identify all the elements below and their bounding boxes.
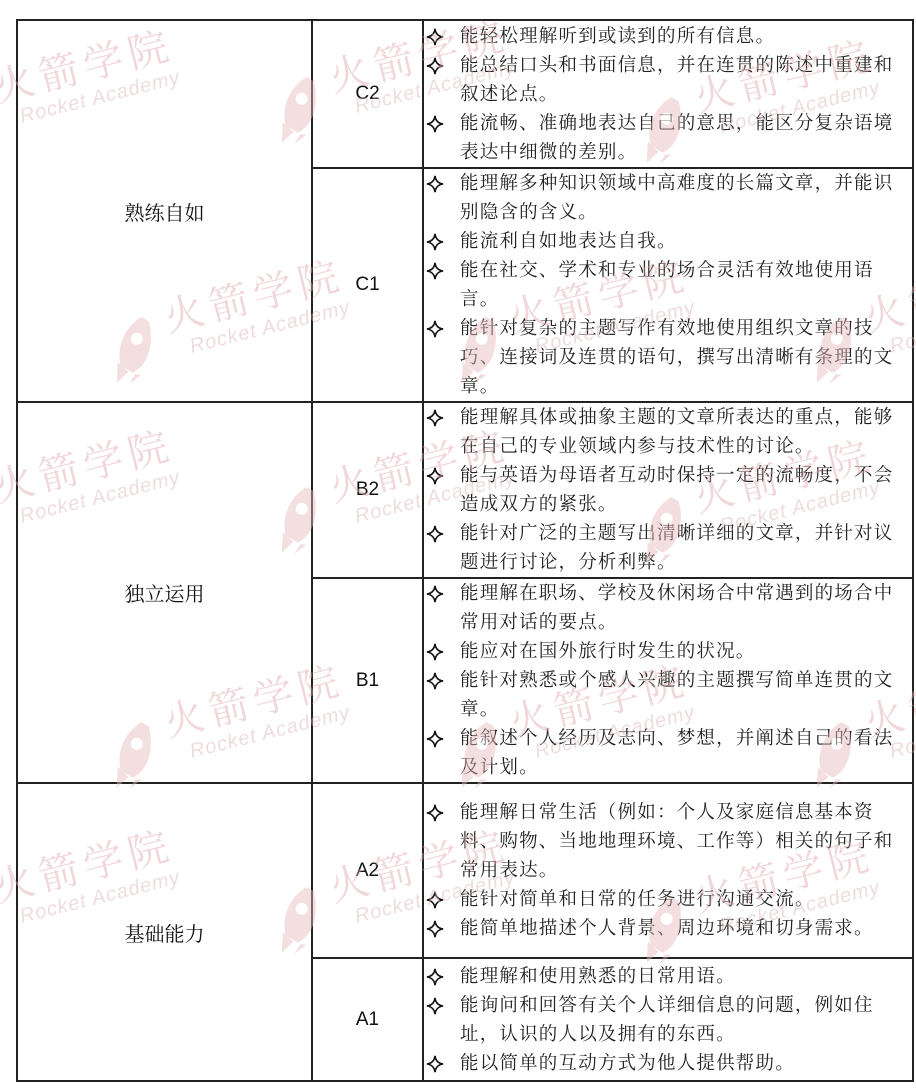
star-bullet-icon — [426, 585, 444, 603]
level-cell-c1: C1 — [312, 168, 423, 402]
descriptor-item: 能理解日常生活（例如：个人及家庭信息基本资料、购物、当地地理环境、工作等）相关的… — [424, 798, 912, 885]
star-bullet-icon — [426, 175, 444, 193]
descriptor-item: 能针对简单和日常的任务进行沟通交流。 — [424, 885, 912, 914]
description-cell-b1: 能理解在职场、学校及休闲场合中常遇到的场合中常用对话的要点。 能应对在国外旅行时… — [423, 578, 913, 783]
description-cell-b2: 能理解具体或抽象主题的文章所表达的重点，能够在自己的专业领域内参与技术性的讨论。… — [423, 402, 913, 578]
star-bullet-icon — [426, 409, 444, 427]
level-label: B2 — [356, 479, 379, 500]
star-bullet-icon — [426, 1055, 444, 1073]
descriptor-item: 能理解具体或抽象主题的文章所表达的重点，能够在自己的专业领域内参与技术性的讨论。 — [424, 403, 912, 461]
star-bullet-icon — [426, 233, 444, 251]
descriptor-list: 能轻松理解听到或读到的所有信息。 能总结口头和书面信息，并在连贯的陈述中重建和叙… — [424, 22, 912, 167]
star-bullet-icon — [426, 115, 444, 133]
star-bullet-icon — [426, 920, 444, 938]
table-row-b2: 独立运用 B2 能理解具体或抽象主题的文章所表达的重点，能够在自己的专业领域内参… — [17, 402, 913, 578]
description-cell-c2: 能轻松理解听到或读到的所有信息。 能总结口头和书面信息，并在连贯的陈述中重建和叙… — [423, 20, 913, 168]
level-label: A1 — [356, 1009, 379, 1030]
descriptor-item: 能针对复杂的主题写作有效地使用组织文章的技巧、连接词及连贯的语句，撰写出清晰有条… — [424, 314, 912, 401]
description-cell-c1: 能理解多种知识领域中高难度的长篇文章，并能识别隐含的含义。 能流利自如地表达自我… — [423, 168, 913, 402]
star-bullet-icon — [426, 968, 444, 986]
description-cell-a2: 能理解日常生活（例如：个人及家庭信息基本资料、购物、当地地理环境、工作等）相关的… — [423, 783, 913, 958]
descriptor-item: 能在社交、学术和专业的场合灵活有效地使用语言。 — [424, 256, 912, 314]
level-cell-b2: B2 — [312, 402, 423, 578]
level-cell-a2: A2 — [312, 783, 423, 958]
cefr-level-table: 熟练自如 C2 能轻松理解听到或读到的所有信息。 能总结口头和书面信息，并在连贯… — [16, 19, 914, 1082]
descriptor-item: 能理解和使用熟悉的日常用语。 — [424, 962, 912, 991]
descriptor-item: 能以简单的互动方式为他人提供帮助。 — [424, 1049, 912, 1078]
star-bullet-icon — [426, 57, 444, 75]
descriptor-item: 能叙述个人经历及志向、梦想，并阐述自己的看法及计划。 — [424, 724, 912, 782]
descriptor-item: 能总结口头和书面信息，并在连贯的陈述中重建和叙述论点。 — [424, 51, 912, 109]
description-cell-a1: 能理解和使用熟悉的日常用语。 能询问和回答有关个人详细信息的问题，例如住址，认识… — [423, 958, 913, 1081]
descriptor-item: 能简单地描述个人背景、周边环境和切身需求。 — [424, 914, 912, 943]
star-bullet-icon — [426, 891, 444, 909]
descriptor-item: 能应对在国外旅行时发生的状况。 — [424, 637, 912, 666]
level-label: B1 — [356, 670, 379, 691]
category-label: 熟练自如 — [125, 201, 205, 225]
descriptor-list: 能理解多种知识领域中高难度的长篇文章，并能识别隐含的含义。 能流利自如地表达自我… — [424, 169, 912, 401]
descriptor-item: 能询问和回答有关个人详细信息的问题，例如住址，认识的人以及拥有的东西。 — [424, 991, 912, 1049]
star-bullet-icon — [426, 804, 444, 822]
level-label: C1 — [355, 274, 379, 295]
descriptor-item: 能理解多种知识领域中高难度的长篇文章，并能识别隐含的含义。 — [424, 169, 912, 227]
category-label: 独立运用 — [125, 582, 205, 606]
star-bullet-icon — [426, 467, 444, 485]
star-bullet-icon — [426, 525, 444, 543]
star-bullet-icon — [426, 320, 444, 338]
descriptor-item: 能理解在职场、学校及休闲场合中常遇到的场合中常用对话的要点。 — [424, 579, 912, 637]
level-cell-a1: A1 — [312, 958, 423, 1081]
descriptor-item: 能针对熟悉或个感人兴趣的主题撰写简单连贯的文章。 — [424, 666, 912, 724]
descriptor-list: 能理解日常生活（例如：个人及家庭信息基本资料、购物、当地地理环境、工作等）相关的… — [424, 798, 912, 943]
category-cell-basic: 基础能力 — [17, 783, 312, 1081]
level-label: C2 — [355, 83, 379, 104]
descriptor-list: 能理解在职场、学校及休闲场合中常遇到的场合中常用对话的要点。 能应对在国外旅行时… — [424, 579, 912, 782]
star-bullet-icon — [426, 643, 444, 661]
table-row-a2: 基础能力 A2 能理解日常生活（例如：个人及家庭信息基本资料、购物、当地地理环境… — [17, 783, 913, 958]
level-cell-b1: B1 — [312, 578, 423, 783]
level-cell-c2: C2 — [312, 20, 423, 168]
category-cell-proficient: 熟练自如 — [17, 20, 312, 402]
star-bullet-icon — [426, 997, 444, 1015]
category-label: 基础能力 — [125, 922, 205, 946]
descriptor-item: 能流利自如地表达自我。 — [424, 227, 912, 256]
descriptor-list: 能理解和使用熟悉的日常用语。 能询问和回答有关个人详细信息的问题，例如住址，认识… — [424, 962, 912, 1078]
descriptor-item: 能针对广泛的主题写出清晰详细的文章，并针对议题进行讨论，分析利弊。 — [424, 519, 912, 577]
level-label: A2 — [356, 860, 379, 881]
descriptor-item: 能轻松理解听到或读到的所有信息。 — [424, 22, 912, 51]
descriptor-item: 能与英语为母语者互动时保持一定的流畅度，不会造成双方的紧张。 — [424, 461, 912, 519]
category-cell-independent: 独立运用 — [17, 402, 312, 783]
descriptor-list: 能理解具体或抽象主题的文章所表达的重点，能够在自己的专业领域内参与技术性的讨论。… — [424, 403, 912, 577]
star-bullet-icon — [426, 730, 444, 748]
table-row-c2: 熟练自如 C2 能轻松理解听到或读到的所有信息。 能总结口头和书面信息，并在连贯… — [17, 20, 913, 168]
star-bullet-icon — [426, 672, 444, 690]
descriptor-item: 能流畅、准确地表达自己的意思，能区分复杂语境表达中细微的差别。 — [424, 109, 912, 167]
star-bullet-icon — [426, 262, 444, 280]
star-bullet-icon — [426, 28, 444, 46]
